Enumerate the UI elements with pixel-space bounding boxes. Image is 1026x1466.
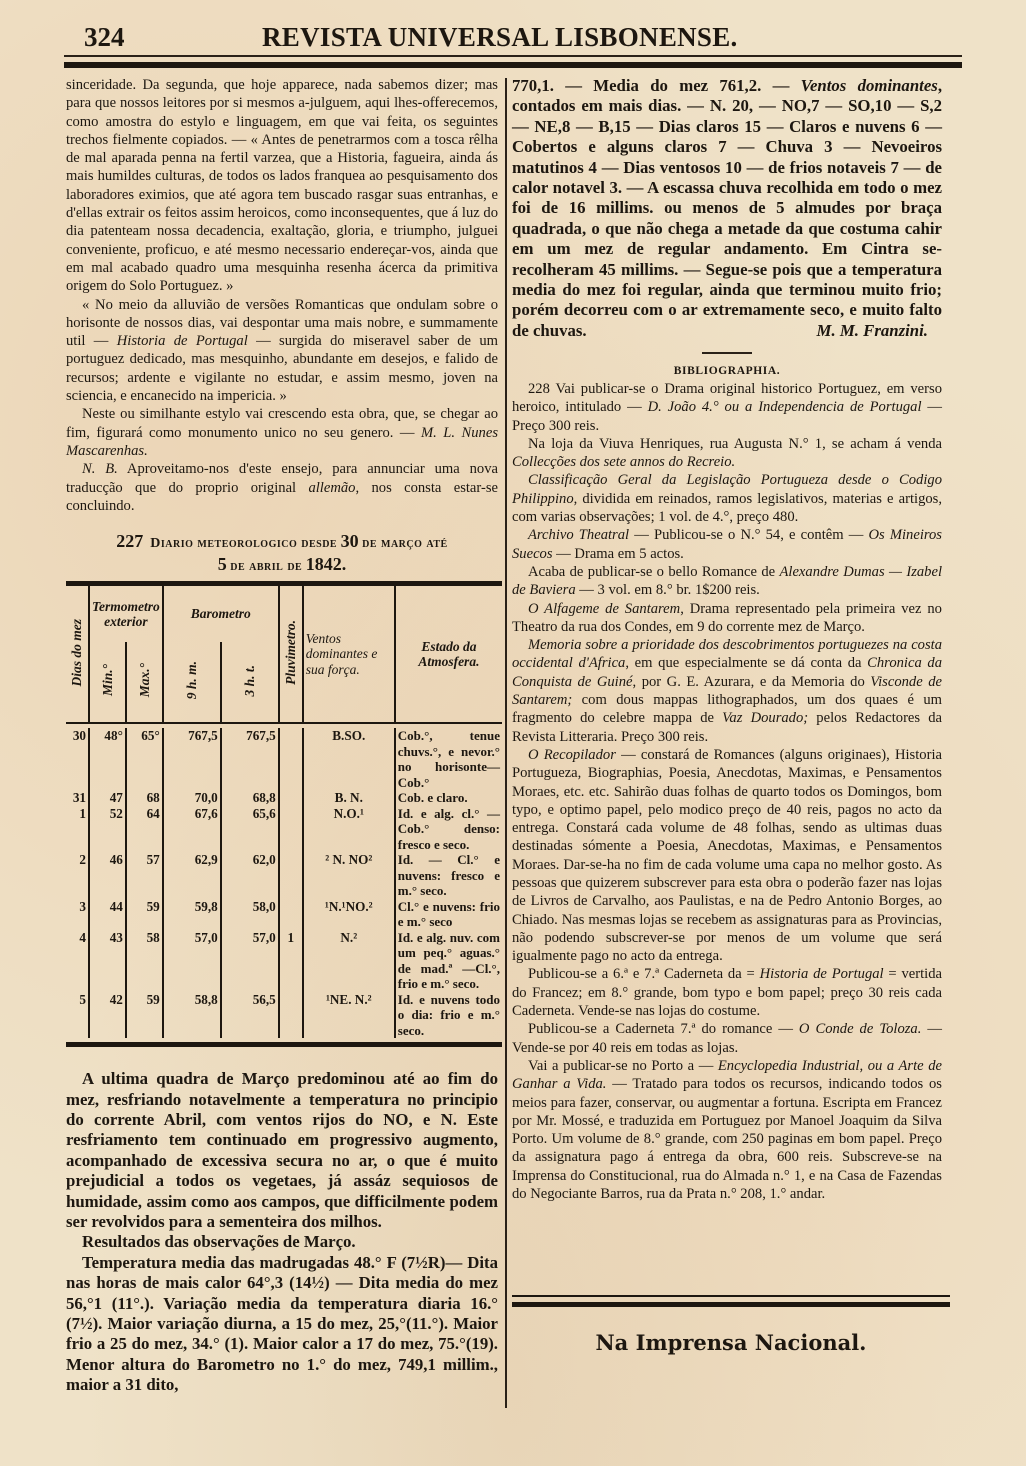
footer-rule-thin <box>512 1295 950 1297</box>
bibliographia-heading: BIBLIOGRAPHIA. <box>512 362 942 380</box>
page-number: 324 <box>84 22 125 53</box>
march-summary-continued: 770,1. — Media do mez 761,2. — Ventos do… <box>512 76 942 342</box>
bib-entry-viuva-henriques: Na loja da Viuva Henriques, rua Augusta … <box>512 435 942 472</box>
table-row: 30 48° 65° 767,5 767,5 B.SO. Cob.°, tenu… <box>66 728 502 790</box>
table-row: 1 52 64 67,6 65,6 N.O.¹ Id. e alg. cl.° … <box>66 806 502 853</box>
bib-entry-caderneta-historia: Publicou-se a 6.ª e 7.ª Caderneta da = H… <box>512 965 942 1020</box>
paragraph-results: Temperatura media das madrugadas 48.° F … <box>66 1253 498 1396</box>
bib-entry-archivo-theatral: Archivo Theatral — Publicou-se o N.° 54,… <box>512 526 942 563</box>
table-header-row-1: Dias do mez Termometro exterior Barometr… <box>66 586 502 642</box>
table-row: 5 42 59 58,8 56,5 ¹NE. N.² Id. e nuvens … <box>66 992 502 1039</box>
right-column: 770,1. — Media do mez 761,2. — Ventos do… <box>512 76 942 1203</box>
bib-entry-conde-toloza: Publicou-se a Caderneta 7.ª do romance —… <box>512 1020 942 1057</box>
table-row: 31 47 68 70,0 68,8 B. N. Cob. e claro. <box>66 790 502 806</box>
header-rule-thick <box>64 62 962 68</box>
paragraph-results-title: Resultados das observações de Março. <box>66 1232 498 1252</box>
bib-entry-recopilador: O Recopilador — constará de Romances (al… <box>512 746 942 966</box>
bib-entry-memoria: Memoria sobre a prioridade dos descobrim… <box>512 636 942 746</box>
imprint-line: Na Imprensa Nacional. <box>512 1330 950 1355</box>
left-column: sinceridade. Da segunda, que hoje appare… <box>66 76 498 1396</box>
meteorological-table: Dias do mez Termometro exterior Barometr… <box>66 581 502 1047</box>
bib-entry-dumas: Acaba de publicar-se o bello Romance de … <box>512 563 942 600</box>
column-divider <box>505 78 507 1408</box>
paragraph-style: Neste ou similhante estylo vai crescendo… <box>66 405 498 460</box>
paragraph-intro: sinceridade. Da segunda, que hoje appare… <box>66 76 498 296</box>
bib-entry-classificacao: Classificação Geral da Legislação Portug… <box>512 471 942 526</box>
journal-title: REVISTA UNIVERSAL LISBONENSE. <box>262 22 738 53</box>
paragraph-quote: « No meio da alluvião de versões Romanti… <box>66 296 498 406</box>
paragraph-march: A ultima quadra de Março predominou até … <box>66 1069 498 1232</box>
table-row: 4 43 58 57,0 57,0 1 N.² Id. e alg. nuv. … <box>66 930 502 992</box>
bib-entry-encyclopedia: Vai a publicar-se no Porto a — Encyclope… <box>512 1057 942 1203</box>
footer-rule-thick <box>512 1302 950 1307</box>
bib-entry-alfageme: O Alfageme de Santarem, Drama representa… <box>512 600 942 637</box>
bib-entry-228: 228 Vai publicar-se o Drama original his… <box>512 380 942 435</box>
paragraph-results-cont: 770,1. — Media do mez 761,2. — Ventos do… <box>512 76 942 341</box>
section-rule <box>702 352 752 354</box>
table-row: 3 44 59 59,8 58,0 ¹N.¹NO.² Cl.° e nuvens… <box>66 899 502 930</box>
paragraph-nb: N. B. Aproveitamo-nos d'este ensejo, par… <box>66 460 498 515</box>
table-row: 2 46 57 62,9 62,0 ² N. NO² Id. — Cl.° e … <box>66 852 502 899</box>
header-rule-thin <box>64 55 962 57</box>
diario-heading: 227 Diario meteorologico desde 30 de mar… <box>66 531 498 577</box>
march-summary: A ultima quadra de Março predominou até … <box>66 1069 498 1396</box>
